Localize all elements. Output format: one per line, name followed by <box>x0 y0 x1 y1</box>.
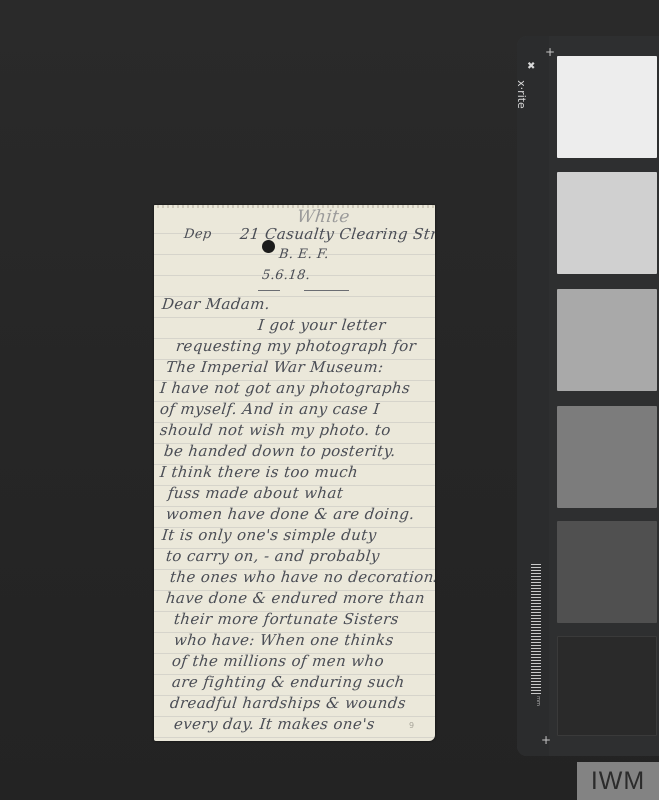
letter-line: I think there is too much <box>159 463 359 481</box>
letter-line: of myself. And in any case I <box>159 400 381 418</box>
location: B. E. F. <box>278 247 329 262</box>
ruler-unit-label: mm <box>535 696 541 706</box>
letter-line: I have not got any photographs <box>159 379 411 397</box>
letter-line: be handed down to posterity. <box>163 442 397 460</box>
patch-black <box>557 636 657 736</box>
letter-line: I got your letter <box>257 316 387 334</box>
punch-hole <box>262 240 275 253</box>
letter-line: have done & endured more than <box>165 589 426 607</box>
letter-line: dreadful hardships & wounds <box>169 694 407 712</box>
xrite-logo-icon: ✖ <box>527 62 537 72</box>
annotation: Dep <box>183 227 212 242</box>
letter-line: who have: When one thinks <box>173 631 395 649</box>
letter-line: fuss made about what <box>167 484 344 502</box>
letter-line: of the millions of men who <box>171 652 385 670</box>
salutation: Dear Madam. <box>161 295 271 313</box>
letter-line: The Imperial War Museum: <box>165 358 384 376</box>
patch-dark-gray <box>557 521 657 623</box>
date-underline <box>258 290 280 291</box>
pencil-note: White <box>296 207 351 227</box>
mm-ruler <box>531 564 541 694</box>
patch-white <box>557 56 657 158</box>
crosshair-icon: + <box>541 734 551 746</box>
brand-label: x·rite <box>515 80 528 109</box>
letter-line: to carry on, - and probably <box>165 547 381 565</box>
letter-line: should not wish my photo. to <box>159 421 392 439</box>
letter-line: the ones who have no decorations <box>169 568 435 586</box>
patch-mid-gray <box>557 406 657 508</box>
letter-line: are fighting & enduring such <box>171 673 406 691</box>
patch-light-gray <box>557 172 657 274</box>
crosshair-icon: + <box>545 46 555 58</box>
page-number: 9 <box>409 721 414 730</box>
letter-line: their more fortunate Sisters <box>173 610 400 628</box>
letter-line: requesting my photograph for <box>175 337 417 355</box>
xrite-brand: ✖ x·rite <box>521 54 545 114</box>
letter-sheet: White Dep 21 Casualty Clearing Stn B. E.… <box>154 205 435 741</box>
patch-mid-light-gray <box>557 289 657 391</box>
letter-line: every day. It makes one's <box>173 715 376 733</box>
iwm-watermark: IWM <box>577 762 659 800</box>
color-checker-card: ✖ x·rite + + mm <box>517 36 659 756</box>
letter-date: 5.6.18. <box>261 268 311 283</box>
letter-line: It is only one's simple duty <box>161 526 378 544</box>
date-underline <box>304 290 349 291</box>
letter-line: women have done & are doing. <box>165 505 416 523</box>
